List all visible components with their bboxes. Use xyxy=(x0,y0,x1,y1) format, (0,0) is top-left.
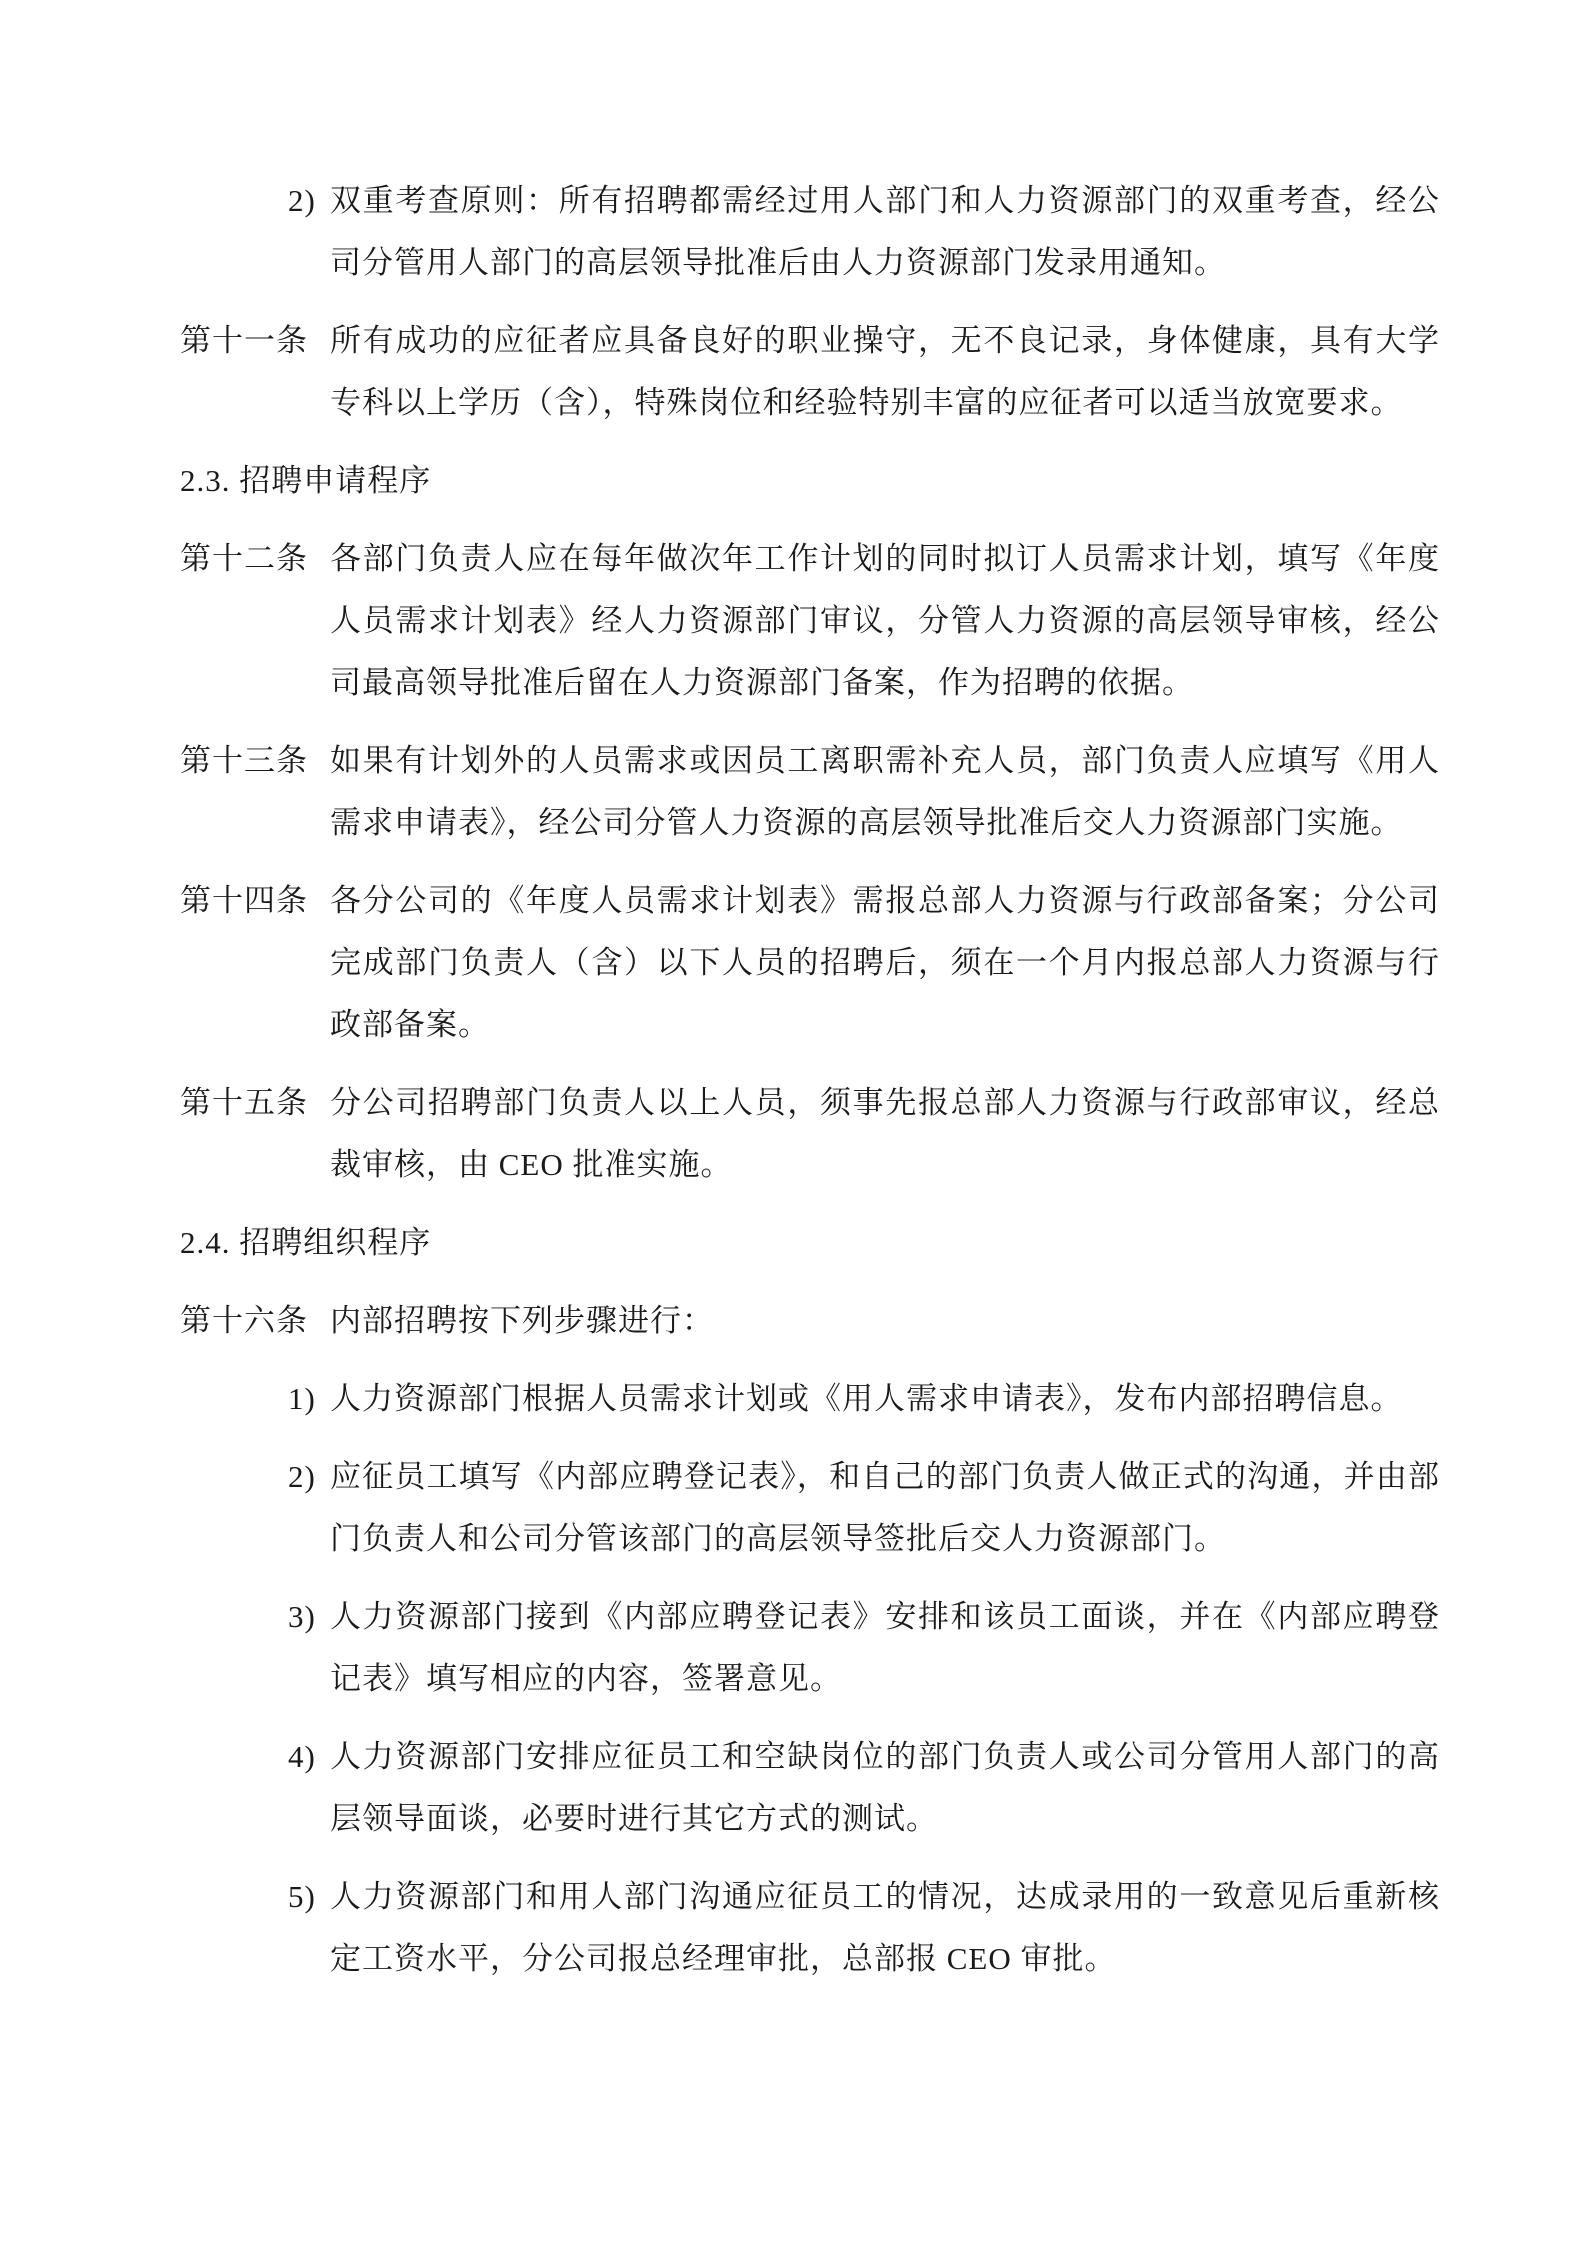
item-number: 3) xyxy=(288,1586,330,1648)
item-number: 5) xyxy=(288,1866,330,1928)
article-paragraph: 第十三条 如果有计划外的人员需求或因员工离职需补充人员，部门负责人应填写《用人需… xyxy=(180,730,1440,854)
item-number: 2) xyxy=(288,1446,330,1508)
item-text: 人力资源部门接到《内部应聘登记表》安排和该员工面谈，并在《内部应聘登记表》填写相… xyxy=(330,1586,1440,1710)
item-number: 4) xyxy=(288,1726,330,1788)
numbered-item: 3) 人力资源部门接到《内部应聘登记表》安排和该员工面谈，并在《内部应聘登记表》… xyxy=(288,1586,1440,1710)
article-text: 各分公司的《年度人员需求计划表》需报总部人力资源与行政部备案；分公司完成部门负责… xyxy=(330,870,1440,1056)
numbered-item: 2) 双重考查原则：所有招聘都需经过用人部门和人力资源部门的双重考查，经公司分管… xyxy=(288,170,1440,294)
numbered-item: 4) 人力资源部门安排应征员工和空缺岗位的部门负责人或公司分管用人部门的高层领导… xyxy=(288,1726,1440,1850)
item-text: 人力资源部门安排应征员工和空缺岗位的部门负责人或公司分管用人部门的高层领导面谈，… xyxy=(330,1726,1440,1850)
article-label: 第十一条 xyxy=(180,310,330,372)
numbered-item: 5) 人力资源部门和用人部门沟通应征员工的情况，达成录用的一致意见后重新核定工资… xyxy=(288,1866,1440,1990)
article-text: 所有成功的应征者应具备良好的职业操守，无不良记录，身体健康，具有大学专科以上学历… xyxy=(330,310,1440,434)
item-text: 应征员工填写《内部应聘登记表》，和自己的部门负责人做正式的沟通，并由部门负责人和… xyxy=(330,1446,1440,1570)
document-page: 2) 双重考查原则：所有招聘都需经过用人部门和人力资源部门的双重考查，经公司分管… xyxy=(0,0,1587,2244)
document-content: 2) 双重考查原则：所有招聘都需经过用人部门和人力资源部门的双重考查，经公司分管… xyxy=(0,0,1587,2046)
article-label: 第十五条 xyxy=(180,1072,330,1134)
article-label: 第十二条 xyxy=(180,528,330,590)
article-text: 内部招聘按下列步骤进行： xyxy=(330,1290,1440,1352)
article-text: 分公司招聘部门负责人以上人员，须事先报总部人力资源与行政部审议，经总裁审核，由 … xyxy=(330,1072,1440,1196)
item-text: 人力资源部门根据人员需求计划或《用人需求申请表》，发布内部招聘信息。 xyxy=(330,1368,1440,1430)
article-paragraph: 第十一条 所有成功的应征者应具备良好的职业操守，无不良记录，身体健康，具有大学专… xyxy=(180,310,1440,434)
article-text: 各部门负责人应在每年做次年工作计划的同时拟订人员需求计划，填写《年度人员需求计划… xyxy=(330,528,1440,714)
section-heading: 2.4. 招聘组织程序 xyxy=(180,1212,1440,1274)
section-heading-text: 2.3. 招聘申请程序 xyxy=(180,463,431,498)
article-paragraph: 第十五条 分公司招聘部门负责人以上人员，须事先报总部人力资源与行政部审议，经总裁… xyxy=(180,1072,1440,1196)
article-paragraph: 第十六条 内部招聘按下列步骤进行： xyxy=(180,1290,1440,1352)
numbered-item: 1) 人力资源部门根据人员需求计划或《用人需求申请表》，发布内部招聘信息。 xyxy=(288,1368,1440,1430)
article-label: 第十六条 xyxy=(180,1290,330,1352)
item-number: 2) xyxy=(288,170,330,232)
section-heading: 2.3. 招聘申请程序 xyxy=(180,450,1440,512)
article-paragraph: 第十二条 各部门负责人应在每年做次年工作计划的同时拟订人员需求计划，填写《年度人… xyxy=(180,528,1440,714)
numbered-item: 2) 应征员工填写《内部应聘登记表》，和自己的部门负责人做正式的沟通，并由部门负… xyxy=(288,1446,1440,1570)
article-label: 第十四条 xyxy=(180,870,330,932)
section-heading-text: 2.4. 招聘组织程序 xyxy=(180,1225,431,1260)
article-paragraph: 第十四条 各分公司的《年度人员需求计划表》需报总部人力资源与行政部备案；分公司完… xyxy=(180,870,1440,1056)
article-label: 第十三条 xyxy=(180,730,330,792)
item-number: 1) xyxy=(288,1368,330,1430)
item-text: 双重考查原则：所有招聘都需经过用人部门和人力资源部门的双重考查，经公司分管用人部… xyxy=(330,170,1440,294)
article-text: 如果有计划外的人员需求或因员工离职需补充人员，部门负责人应填写《用人需求申请表》… xyxy=(330,730,1440,854)
item-text: 人力资源部门和用人部门沟通应征员工的情况，达成录用的一致意见后重新核定工资水平，… xyxy=(330,1866,1440,1990)
